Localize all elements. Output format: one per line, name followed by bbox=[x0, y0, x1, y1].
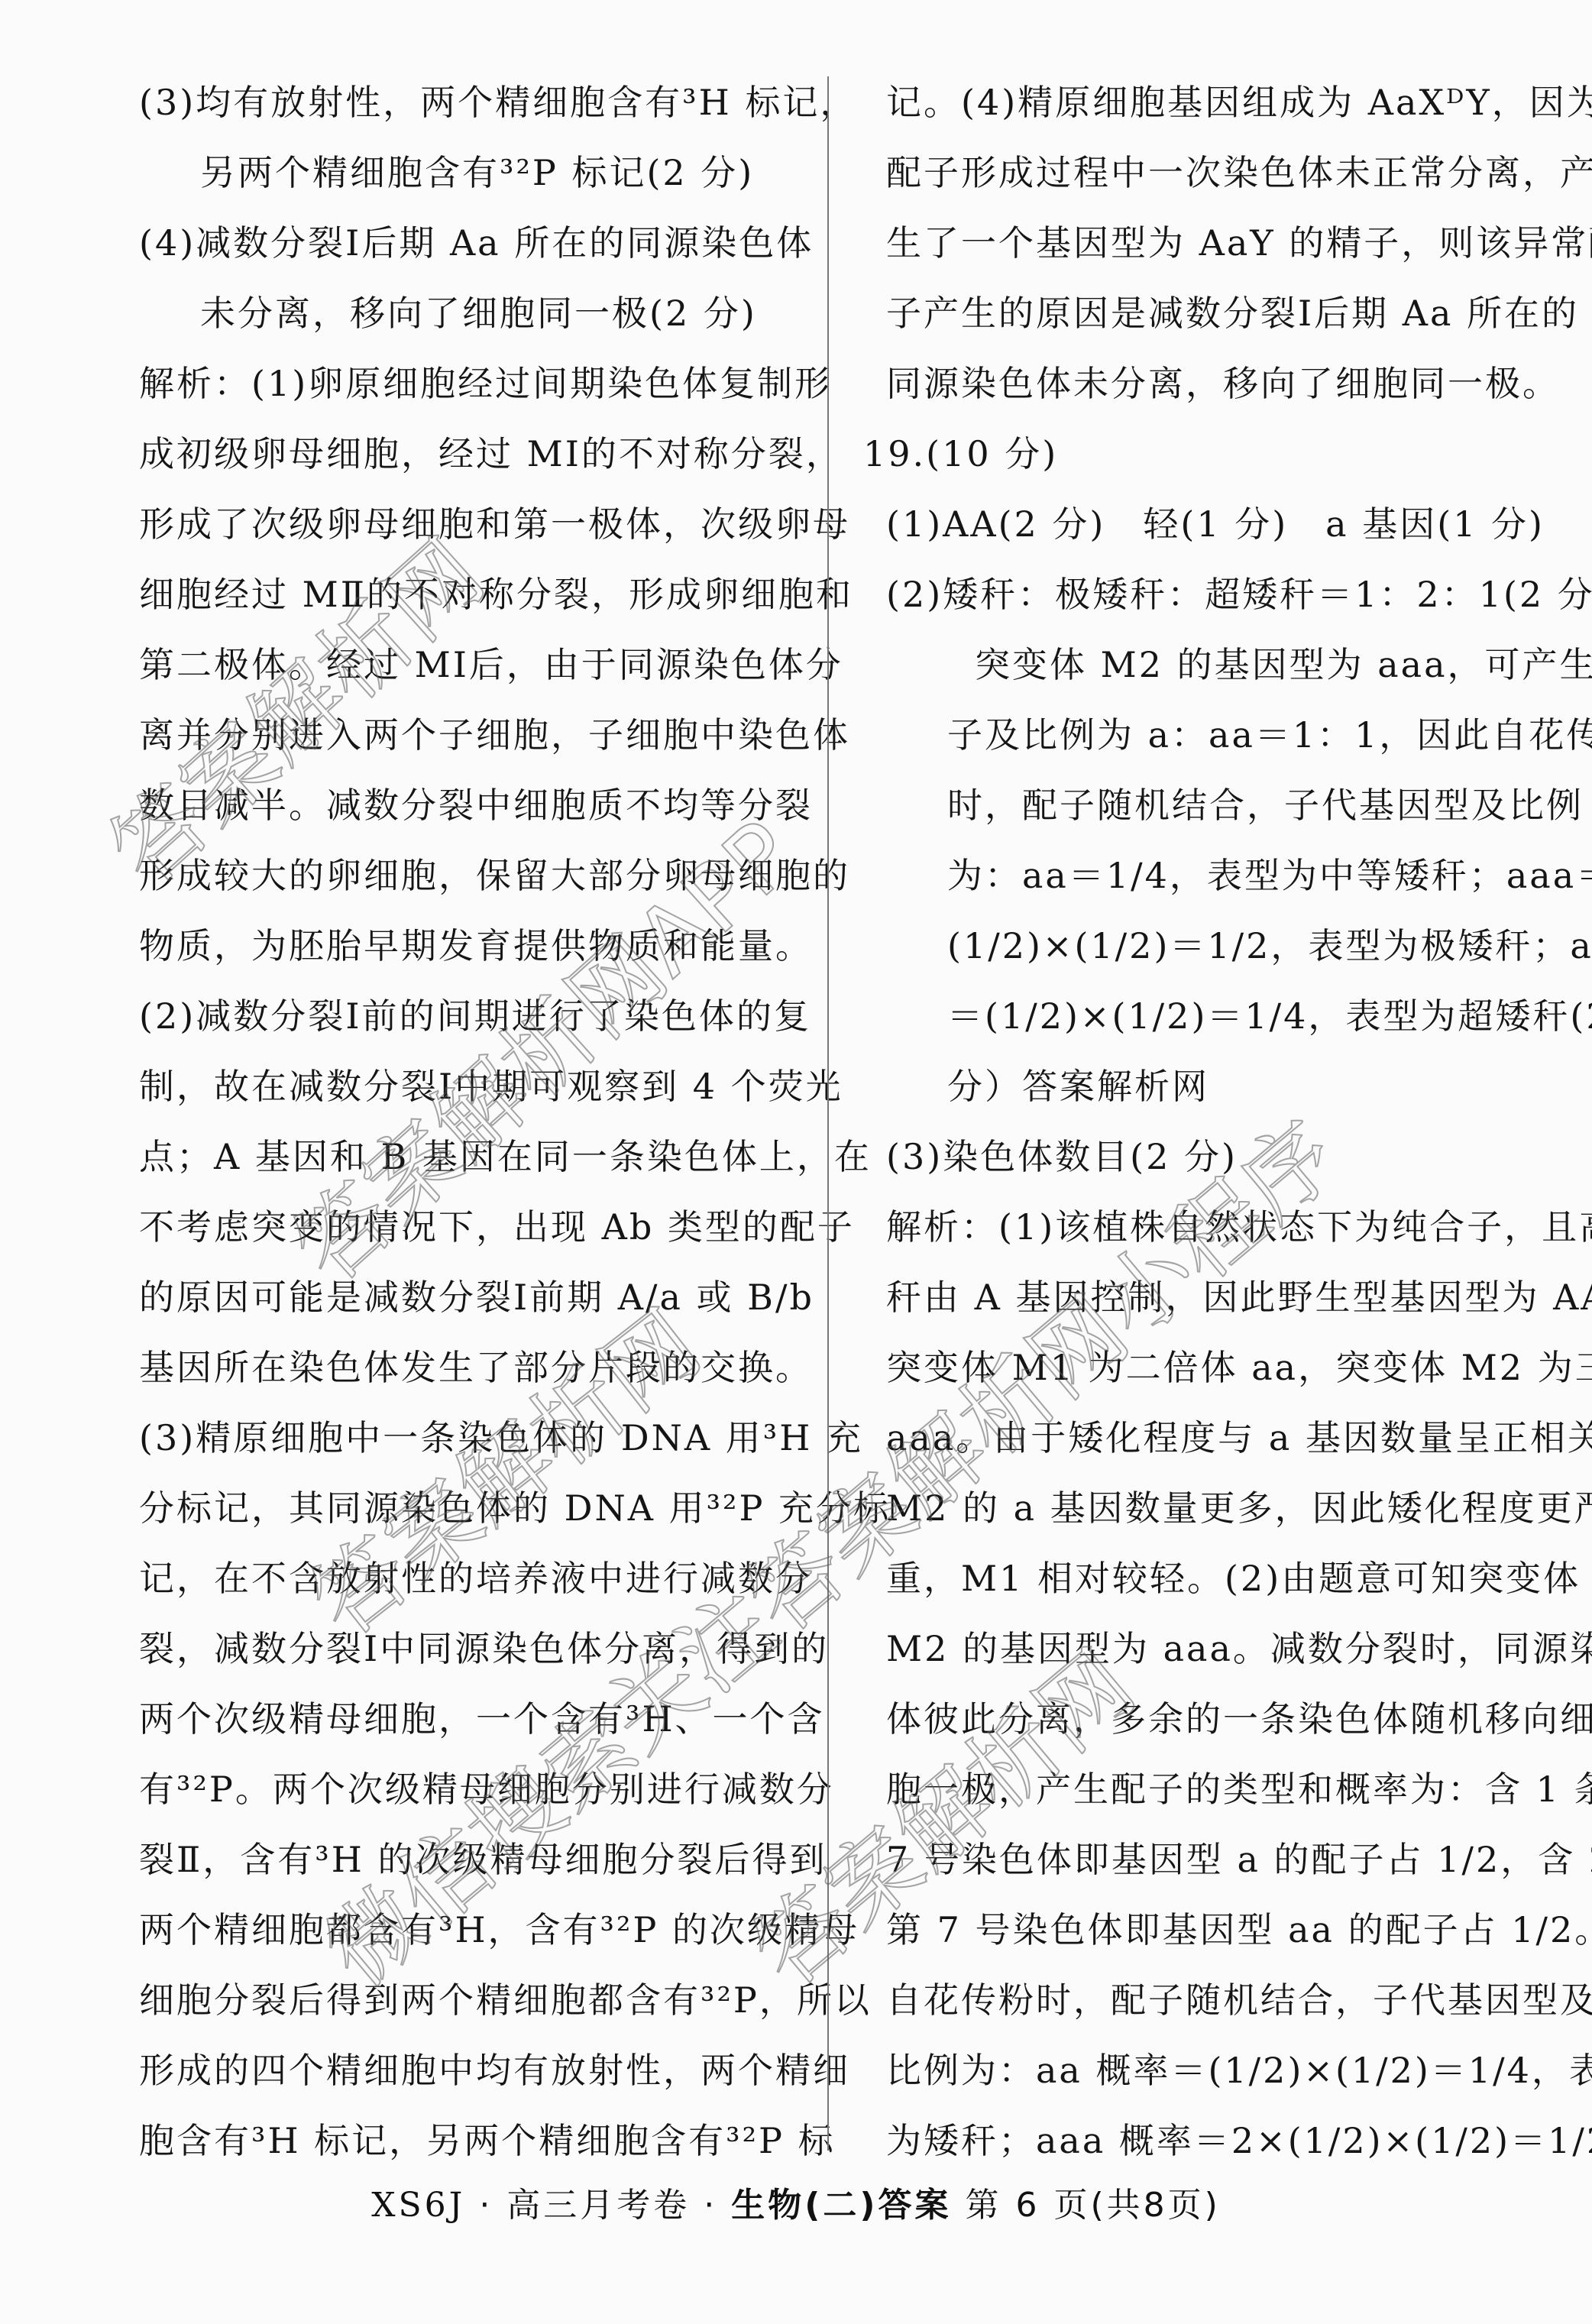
analysis-line: 有³²P。两个次级精母细胞分别进行减数分 bbox=[139, 1754, 811, 1824]
answer-line: 分）答案解析网 bbox=[886, 1051, 1558, 1122]
analysis-line: 突变体 M1 为二倍体 aa，突变体 M2 为三体 bbox=[886, 1332, 1558, 1403]
subject-label: 生物(二)答案 bbox=[731, 2186, 951, 2225]
analysis-line: 秆由 A 基因控制，因此野生型基因型为 AA。 bbox=[886, 1262, 1558, 1332]
analysis-line: 解析：(1)卵原细胞经过间期染色体复制形 bbox=[139, 348, 811, 419]
analysis-line: 裂Ⅱ，含有³H 的次级精母细胞分裂后得到 bbox=[139, 1824, 811, 1895]
analysis-line: 胞一极，产生配子的类型和概率为：含 1 条第 bbox=[886, 1754, 1558, 1824]
analysis-line: 分标记，其同源染色体的 DNA 用³²P 充分标 bbox=[139, 1473, 811, 1543]
analysis-line: 细胞经过 MⅡ的不对称分裂，形成卵细胞和 bbox=[139, 559, 811, 630]
analysis-line: 自花传粉时，配子随机结合，子代基因型及 bbox=[886, 1965, 1558, 2035]
analysis-line: 7 号染色体即基因型 a 的配子占 1/2，含 2 条 bbox=[886, 1824, 1558, 1895]
analysis-line: 细胞分裂后得到两个精细胞都含有³²P，所以 bbox=[139, 1965, 811, 2035]
analysis-line: 体彼此分离，多余的一条染色体随机移向细 bbox=[886, 1684, 1558, 1754]
analysis-line: M2 的基因型为 aaa。减数分裂时，同源染色 bbox=[886, 1614, 1558, 1684]
analysis-line: 基因所在染色体发生了部分片段的交换。 bbox=[139, 1332, 811, 1403]
analysis-line: aaa。由于矮化程度与 a 基因数量呈正相关， bbox=[886, 1403, 1558, 1473]
analysis-line: 记。(4)精原细胞基因组成为 AaXᴰY，因为 bbox=[886, 67, 1558, 138]
answer-line: (3)染色体数目(2 分) bbox=[886, 1122, 1558, 1192]
analysis-line: 物质，为胚胎早期发育提供物质和能量。 bbox=[139, 911, 811, 981]
answer-line: (2)矮秆：极矮秆：超矮秆＝1：2：1(2 分) bbox=[886, 559, 1558, 630]
question-number: 19.(10 分) bbox=[863, 419, 1558, 489]
analysis-line: 解析：(1)该植株自然状态下为纯合子，且高 bbox=[886, 1192, 1558, 1262]
analysis-line: M2 的 a 基因数量更多，因此矮化程度更严 bbox=[886, 1473, 1558, 1543]
column-divider bbox=[827, 76, 829, 2151]
analysis-line: 点；A 基因和 B 基因在同一条染色体上，在 bbox=[139, 1122, 811, 1192]
answer-line: ＝(1/2)×(1/2)＝1/4，表型为超矮秆(2 bbox=[886, 981, 1558, 1051]
analysis-line: 两个次级精母细胞，一个含有³H、一个含 bbox=[139, 1684, 811, 1754]
analysis-line: 子产生的原因是减数分裂Ⅰ后期 Aa 所在的 bbox=[886, 278, 1558, 348]
analysis-line: (3)精原细胞中一条染色体的 DNA 用³H 充 bbox=[139, 1403, 811, 1473]
analysis-line: 形成较大的卵细胞，保留大部分卵母细胞的 bbox=[139, 840, 811, 911]
analysis-line: 比例为：aa 概率＝(1/2)×(1/2)＝1/4，表型 bbox=[886, 2035, 1558, 2106]
analysis-line: 离并分别进入两个子细胞，子细胞中染色体 bbox=[139, 700, 811, 770]
answer-sheet-page: (3)均有放射性，两个精细胞含有³H 标记， 另两个精细胞含有³²P 标记(2 … bbox=[0, 0, 1592, 2324]
answer-line: 另两个精细胞含有³²P 标记(2 分) bbox=[139, 138, 811, 208]
analysis-line: 第二极体。经过 MⅠ后，由于同源染色体分 bbox=[139, 630, 811, 700]
analysis-line: 成初级卵母细胞，经过 MⅠ的不对称分裂， bbox=[139, 419, 811, 489]
analysis-line: 数目减半。减数分裂中细胞质不均等分裂 bbox=[139, 770, 811, 840]
right-column: 记。(4)精原细胞基因组成为 AaXᴰY，因为 配子形成过程中一次染色体未正常分… bbox=[886, 67, 1558, 2176]
exam-name: 高三月考卷 bbox=[506, 2186, 690, 2225]
analysis-line: 胞含有³H 标记，另两个精细胞含有³²P 标 bbox=[139, 2106, 811, 2176]
answer-line: (3)均有放射性，两个精细胞含有³H 标记， bbox=[139, 67, 811, 138]
answer-line: 时，配子随机结合，子代基因型及比例 bbox=[886, 770, 1558, 840]
answer-line: (1/2)×(1/2)＝1/2，表型为极矮秆；aaaa bbox=[886, 911, 1558, 981]
answer-line: (1)AA(2 分) 轻(1 分) a 基因(1 分) bbox=[886, 489, 1558, 559]
answer-line: (4)减数分裂Ⅰ后期 Aa 所在的同源染色体 bbox=[139, 208, 811, 278]
exam-code: XS6J bbox=[371, 2186, 465, 2225]
answer-line: 突变体 M2 的基因型为 aaa，可产生配 bbox=[886, 630, 1558, 700]
page-footer: XS6J · 高三月考卷 · 生物(二)答案 第 6 页(共8页) bbox=[0, 2177, 1592, 2226]
analysis-line: 第 7 号染色体即基因型 aa 的配子占 1/2。 bbox=[886, 1895, 1558, 1965]
page-number: 第 6 页(共8页) bbox=[965, 2186, 1220, 2225]
analysis-line: 配子形成过程中一次染色体未正常分离，产 bbox=[886, 138, 1558, 208]
footer-separator: · bbox=[690, 2186, 731, 2225]
analysis-line: (2)减数分裂Ⅰ前的间期进行了染色体的复 bbox=[139, 981, 811, 1051]
answer-line: 未分离，移向了细胞同一极(2 分) bbox=[139, 278, 811, 348]
analysis-line: 的原因可能是减数分裂Ⅰ前期 A/a 或 B/b bbox=[139, 1262, 811, 1332]
footer-separator: · bbox=[465, 2186, 506, 2225]
analysis-line: 两个精细胞都含有³H，含有³²P 的次级精母 bbox=[139, 1895, 811, 1965]
analysis-line: 为矮秆；aaa 概率＝2×(1/2)×(1/2)＝1/2， bbox=[886, 2106, 1558, 2176]
analysis-line: 制，故在减数分裂Ⅰ中期可观察到 4 个荧光 bbox=[139, 1051, 811, 1122]
analysis-line: 生了一个基因型为 AaY 的精子，则该异常配 bbox=[886, 208, 1558, 278]
answer-line: 为：aa＝1/4，表型为中等矮秆；aaa＝2× bbox=[886, 840, 1558, 911]
analysis-line: 裂，减数分裂Ⅰ中同源染色体分离，得到的 bbox=[139, 1614, 811, 1684]
analysis-line: 形成的四个精细胞中均有放射性，两个精细 bbox=[139, 2035, 811, 2106]
left-column: (3)均有放射性，两个精细胞含有³H 标记， 另两个精细胞含有³²P 标记(2 … bbox=[139, 67, 811, 2176]
analysis-line: 同源染色体未分离，移向了细胞同一极。 bbox=[886, 348, 1558, 419]
analysis-line: 不考虑突变的情况下，出现 Ab 类型的配子 bbox=[139, 1192, 811, 1262]
analysis-line: 记，在不含放射性的培养液中进行减数分 bbox=[139, 1543, 811, 1614]
analysis-line: 重，M1 相对较轻。(2)由题意可知突变体 bbox=[886, 1543, 1558, 1614]
answer-line: 子及比例为 a：aa＝1：1，因此自花传粉 bbox=[886, 700, 1558, 770]
analysis-line: 形成了次级卵母细胞和第一极体，次级卵母 bbox=[139, 489, 811, 559]
